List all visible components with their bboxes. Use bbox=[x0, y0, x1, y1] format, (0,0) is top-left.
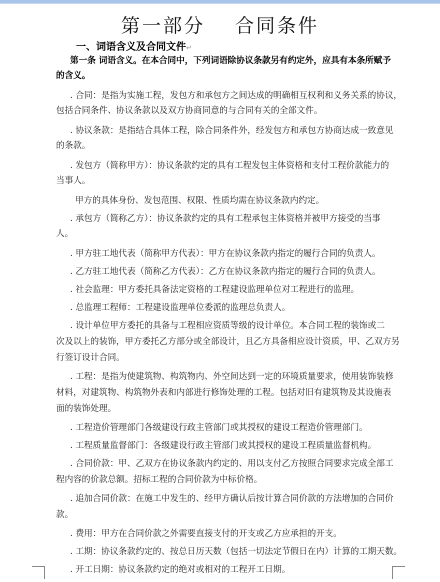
text-line-content: 的条款。 bbox=[56, 141, 90, 151]
text-line: 的条款。 bbox=[56, 140, 90, 152]
text-line-content: . 工期：协议条款约定的、按总日历天数（包括一切法定节假日在内）计算的工期天数。 bbox=[70, 547, 402, 557]
section-heading: 一、词语含义及合同文件↵ bbox=[76, 42, 192, 54]
text-line-content: . 设计单位甲方委托的具备与工程相应资质等级的设计单位。本合同工程的装饰或二 bbox=[70, 321, 385, 331]
text-line-content: 第一条 词语含义。在本合同中，下列词语除协议条款另有约定外，应具有本条所赋予 bbox=[70, 56, 391, 66]
text-line: . 工程质量监督部门：各级建设行政主管部门或其授权的建设工程质量监督机构。 bbox=[70, 440, 376, 452]
text-line-content: 人。 bbox=[56, 229, 73, 239]
text-line: . 社会监理：甲方委托具备法定资格的工程建设监理单位对工程进行的监理。 bbox=[70, 284, 359, 296]
text-line: . 设计单位甲方委托的具备与工程相应资质等级的设计单位。本合同工程的装饰或二 bbox=[70, 320, 385, 332]
text-line: . 发包方（简称甲方）：协议条款约定的具有工程发包主体资格和支付工程价款能力的 bbox=[70, 160, 389, 172]
text-line-content: . 追加合同价款：在施工中发生的、经甲方确认后按计算合同价款的方法增加的合同价 bbox=[70, 494, 393, 504]
text-line-content: . 工程造价管理部门各级建设行政主管部门或其授权的建设工程造价管理部门。 bbox=[70, 423, 368, 433]
text-line: . 乙方驻工地代表（简称乙方代表）：乙方在协议条款内指定的履行合同的负责人。 bbox=[70, 266, 381, 278]
text-line: 第一条 词语含义。在本合同中，下列词语除协议条款另有约定外，应具有本条所赋予 bbox=[70, 55, 391, 67]
text-line: 人。 bbox=[56, 228, 73, 240]
text-line: . 追加合同价款：在施工中发生的、经甲方确认后按计算合同价款的方法增加的合同价 bbox=[70, 493, 393, 505]
text-line: 的含义。 bbox=[56, 70, 90, 82]
text-line: 行签订设计合同。 bbox=[56, 352, 125, 364]
page-corner-mark-right bbox=[392, 566, 405, 579]
paragraph-mark-icon: ↵ bbox=[186, 44, 192, 52]
text-line-content: 的含义。 bbox=[56, 71, 90, 81]
text-line: . 协议条款：是指结合具体工程，除合同条件外，经发包方和承包方协商达成一致意见 bbox=[70, 125, 393, 137]
text-line: . 总监理工程师：工程建设监理单位委派的监理总负责人。 bbox=[70, 302, 290, 314]
text-line: . 甲方驻工地代表（简称甲方代表）：甲方在协议条款内指定的履行合同的负责人。 bbox=[70, 248, 381, 260]
text-line: . 费用：甲方在合同价款之外需要直接支付的开支或乙方应承担的开支。 bbox=[70, 528, 342, 540]
text-line-content: . 总监理工程师：工程建设监理单位委派的监理总负责人。 bbox=[70, 303, 290, 313]
page-title: 第一部分合同条件 bbox=[0, 11, 440, 38]
text-line: 面的装饰处理。 bbox=[56, 403, 116, 415]
text-line-content: . 乙方驻工地代表（简称乙方代表）：乙方在协议条款内指定的履行合同的负责人。 bbox=[70, 267, 381, 277]
text-line-content: . 开工日期：协议条款约定的绝对或相对的工程开工日期。 bbox=[70, 565, 290, 575]
text-line: . 合同价款：甲、乙双方在协议条款内约定的、用以支付乙方按照合同要求完成全部工 bbox=[70, 458, 393, 470]
text-line-content: 材料，对建筑物、构筑物外表和内部进行修饰处理的工程。包括对旧有建筑物及其设施表 bbox=[56, 388, 391, 398]
text-line: . 承包方（简称乙方）：协议条款约定的具有工程承包主体资格并被甲方接受的当事 bbox=[70, 213, 381, 225]
text-line-content: 甲方的具体身份、发包范围、权限、性质均需在协议条款内约定。 bbox=[75, 196, 324, 206]
text-line-content: 面的装饰处理。 bbox=[56, 404, 116, 414]
text-line-content: . 社会监理：甲方委托具备法定资格的工程建设监理单位对工程进行的监理。 bbox=[70, 285, 359, 295]
text-line-content: 行签订设计合同。 bbox=[56, 353, 125, 363]
text-line-content: . 承包方（简称乙方）：协议条款约定的具有工程承包主体资格并被甲方接受的当事 bbox=[70, 214, 381, 224]
text-line: . 工程：是指为使建筑物、构筑物内、外空间达到一定的环境质量要求，使用装饰装修 bbox=[70, 371, 393, 383]
text-line-content: 款。 bbox=[56, 510, 73, 520]
text-line-content: . 工程：是指为使建筑物、构筑物内、外空间达到一定的环境质量要求，使用装饰装修 bbox=[70, 372, 393, 382]
text-line-content: . 甲方驻工地代表（简称甲方代表）：甲方在协议条款内指定的履行合同的负责人。 bbox=[70, 249, 381, 259]
text-line: . 开工日期：协议条款约定的绝对或相对的工程开工日期。 bbox=[70, 564, 290, 576]
text-line-content: . 合同：是指为实施工程，发包方和承包方之间达成的明确相互权利和义务关系的协议， bbox=[70, 91, 402, 101]
text-line: . 工程造价管理部门各级建设行政主管部门或其授权的建设工程造价管理部门。 bbox=[70, 422, 368, 434]
text-line: 包括合同条件、协议条款以及双方协商同意的与合同有关的全部文件。 bbox=[56, 105, 322, 117]
text-line-content: 次及以上的装饰，甲方委托乙方部分或全部设计，且乙方具备相应设计资质，甲、乙双方另 bbox=[56, 337, 400, 347]
section-heading-text: 一、词语含义及合同文件 bbox=[76, 42, 186, 53]
text-line: 材料，对建筑物、构筑物外表和内部进行修饰处理的工程。包括对旧有建筑物及其设施表 bbox=[56, 387, 391, 399]
text-line: 当事人。 bbox=[56, 175, 90, 187]
text-line-content: 当事人。 bbox=[56, 176, 90, 186]
page-corner-mark-left bbox=[32, 566, 45, 579]
text-line: 次及以上的装饰，甲方委托乙方部分或全部设计，且乙方具备相应设计资质，甲、乙双方另 bbox=[56, 336, 400, 348]
text-line: 款。 bbox=[56, 509, 73, 521]
text-line-content: 程内容的价款总额。招标工程的合同价款为中标价格。 bbox=[56, 475, 262, 485]
text-line-content: . 协议条款：是指结合具体工程，除合同条件外，经发包方和承包方协商达成一致意见 bbox=[70, 126, 393, 136]
title-part-1: 第一部分 bbox=[121, 15, 205, 37]
text-line-content: 包括合同条件、协议条款以及双方协商同意的与合同有关的全部文件。 bbox=[56, 106, 322, 116]
text-line: . 工期：协议条款约定的、按总日历天数（包括一切法定节假日在内）计算的工期天数。 bbox=[70, 546, 402, 558]
text-line: 程内容的价款总额。招标工程的合同价款为中标价格。 bbox=[56, 474, 262, 486]
text-line-content: . 发包方（简称甲方）：协议条款约定的具有工程发包主体资格和支付工程价款能力的 bbox=[70, 161, 389, 171]
text-line-content: . 费用：甲方在合同价款之外需要直接支付的开支或乙方应承担的开支。 bbox=[70, 529, 342, 539]
title-part-2: 合同条件 bbox=[235, 15, 319, 37]
text-line: . 合同：是指为实施工程，发包方和承包方之间达成的明确相互权利和义务关系的协议， bbox=[70, 90, 402, 102]
text-line-content: . 合同价款：甲、乙双方在协议条款内约定的、用以支付乙方按照合同要求完成全部工 bbox=[70, 459, 393, 469]
document-page[interactable]: 第一部分合同条件 一、词语含义及合同文件↵ 第一条 词语含义。在本合同中，下列词… bbox=[0, 0, 440, 582]
text-line-content: . 工程质量监督部门：各级建设行政主管部门或其授权的建设工程质量监督机构。 bbox=[70, 441, 376, 451]
text-line: 甲方的具体身份、发包范围、权限、性质均需在协议条款内约定。 bbox=[75, 195, 324, 207]
